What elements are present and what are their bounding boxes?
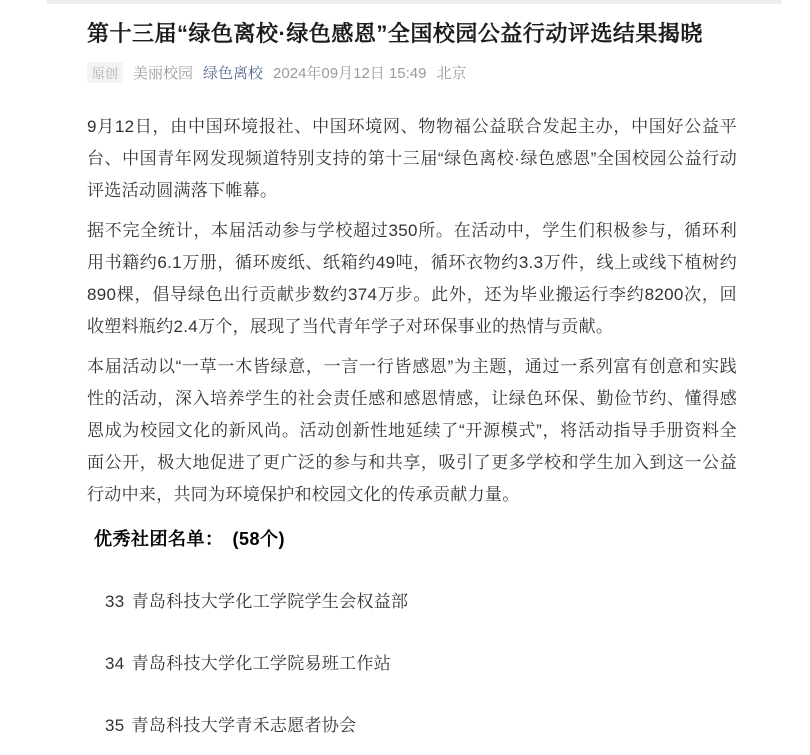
paragraph-intro: 9月12日，由中国环境报社、中国环境网、物物福公益联合发起主办，中国好公益平台、… (87, 111, 737, 207)
article-page: 第十三届“绿色离校·绿色感恩”全国校园公益行动评选结果揭晓 原创 美丽校园 绿色… (0, 0, 810, 755)
publish-date: 2024年09月12日 15:49 (273, 62, 426, 83)
paragraph-theme: 本届活动以“一草一木皆绿意，一言一行皆感恩”为主题，通过一系列富有创意和实践性的… (87, 351, 737, 511)
club-number: 33 (105, 592, 125, 611)
article-meta: 原创 美丽校园 绿色离校 2024年09月12日 15:49 北京 (87, 62, 737, 83)
top-divider (47, 0, 782, 4)
publish-location: 北京 (437, 62, 467, 83)
list-item: 35青岛科技大学青禾志愿者协会 (105, 711, 737, 736)
article-title: 第十三届“绿色离校·绿色感恩”全国校园公益行动评选结果揭晓 (87, 18, 737, 49)
author-name: 美丽校园 (133, 62, 193, 83)
section-heading-clubs: 优秀社团名单：(58个) (94, 525, 737, 551)
list-item: 34青岛科技大学化工学院易班工作站 (105, 649, 737, 674)
club-number: 34 (105, 654, 125, 673)
paragraph-statistics: 据不完全统计，本届活动参与学校超过350所。在活动中，学生们积极参与，循环利用书… (87, 215, 737, 343)
list-item: 33青岛科技大学化工学院学生会权益部 (105, 587, 737, 612)
article-content: 第十三届“绿色离校·绿色感恩”全国校园公益行动评选结果揭晓 原创 美丽校园 绿色… (0, 0, 810, 736)
club-name: 青岛科技大学青禾志愿者协会 (132, 716, 357, 735)
account-link[interactable]: 绿色离校 (203, 62, 263, 83)
section-heading-label: 优秀社团名单： (94, 529, 224, 549)
original-badge: 原创 (87, 62, 123, 83)
club-number: 35 (105, 716, 125, 735)
club-name: 青岛科技大学化工学院学生会权益部 (132, 592, 409, 611)
club-list: 33青岛科技大学化工学院学生会权益部 34青岛科技大学化工学院易班工作站 35青… (87, 587, 737, 736)
section-heading-count: (58个) (233, 529, 286, 549)
club-name: 青岛科技大学化工学院易班工作站 (132, 654, 392, 673)
